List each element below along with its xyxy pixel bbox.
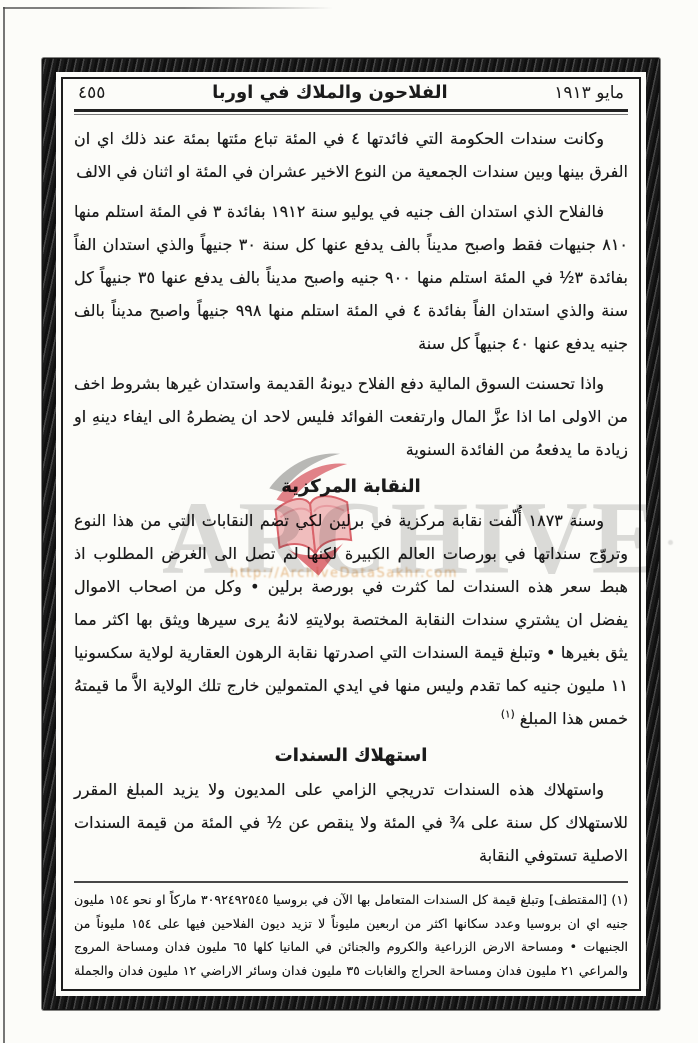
section-heading: استهلاك السندات [72,745,630,766]
paragraph-text: وسنة ١٨٧٣ أُلّفت نقابة مركزية في برلين ل… [74,511,628,728]
body-paragraph: فالفلاح الذي استدان الف جنيه في يوليو سن… [74,195,628,360]
page-header: مايو ١٩١٣ الفلاحون والملاك في اوربا ٤٥٥ [72,80,630,109]
header-rule-thin [74,114,628,115]
scan-edge-left [3,7,5,1043]
scan-edge-top [3,7,333,9]
decorative-page-border: مايو ١٩١٣ الفلاحون والملاك في اوربا ٤٥٥ … [42,58,660,1010]
footnote-text: (١) [المقتطف] وتبلغ قيمة كل السندات المت… [74,888,628,986]
header-rule-thick [74,109,628,112]
section-heading: النقابة المركزية [72,476,630,497]
footnote-separator [74,881,628,883]
scanned-magazine-page: مايو ١٩١٣ الفلاحون والملاك في اوربا ٤٥٥ … [0,0,698,1043]
paper-speck [668,540,673,545]
article-title: الفلاحون والملاك في اوربا [212,82,448,103]
article-body: وكانت سندات الحكومة التي فائدتها ٤ في ال… [72,122,630,986]
footnote-reference: (١) [501,709,515,721]
page-content: مايو ١٩١٣ الفلاحون والملاك في اوربا ٤٥٥ … [72,80,630,986]
body-paragraph: وكانت سندات الحكومة التي فائدتها ٤ في ال… [74,122,628,188]
body-paragraph: واستهلاك هذه السندات تدريجي الزامي على ا… [74,773,628,872]
body-paragraph: واذا تحسنت السوق المالية دفع الفلاح ديون… [74,367,628,466]
issue-date: مايو ١٩١٣ [554,83,624,103]
body-paragraph: وسنة ١٨٧٣ أُلّفت نقابة مركزية في برلين ل… [74,504,628,735]
page-number: ٤٥٥ [78,83,105,103]
